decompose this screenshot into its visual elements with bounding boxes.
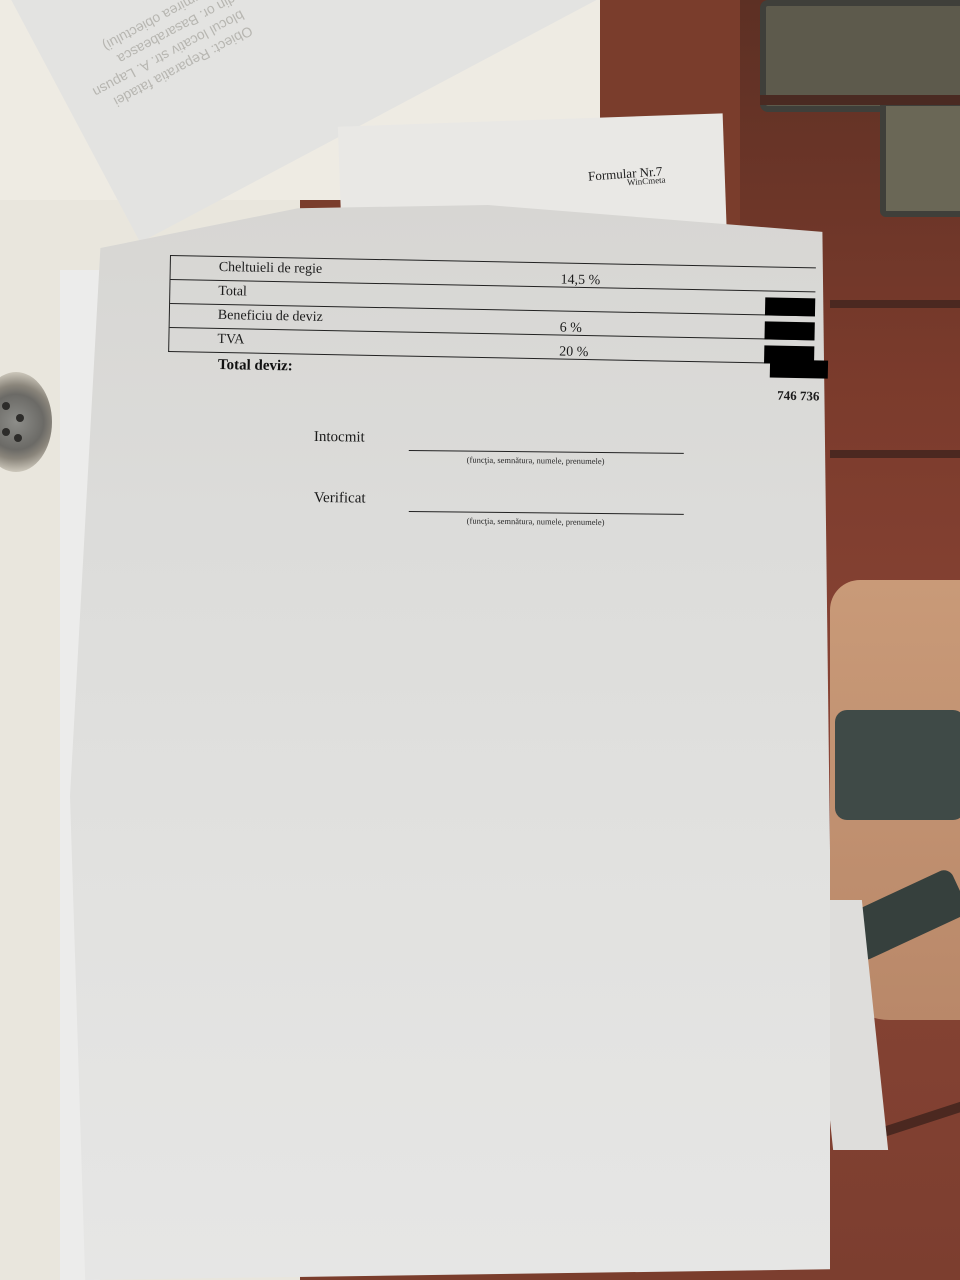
signature-label: Intocmit — [314, 429, 365, 447]
row-label: TVA — [217, 332, 244, 349]
paving-joint — [830, 300, 960, 308]
row-percent: 6 % — [560, 320, 582, 336]
signature-hint: (funcţia, semnătura, numele, prenumele) — [467, 516, 605, 527]
redacted-amount — [764, 321, 814, 340]
row-label: Total — [218, 284, 247, 301]
cost-summary: Cheltuieli de regie 14,5 % Total Benefic… — [167, 255, 830, 405]
total-value: 746 736 — [777, 388, 820, 405]
row-label: Beneficiu de deviz — [218, 308, 323, 326]
signature-hint: (funcţia, semnătura, numele, prenumele) — [467, 455, 605, 466]
row-label: Cheltuieli de regie — [219, 260, 323, 278]
redacted-amount — [770, 360, 828, 379]
paving-joint — [760, 95, 960, 105]
paving-stone — [880, 100, 960, 217]
paving-joint — [830, 450, 960, 458]
redacted-amount — [765, 297, 815, 316]
cost-table: Cheltuieli de regie 14,5 % Total Benefic… — [168, 255, 816, 364]
row-percent: 20 % — [559, 344, 588, 361]
signature-label: Verificat — [314, 490, 366, 508]
total-label: Total deviz: — [218, 357, 293, 375]
sandal-strap — [835, 710, 960, 820]
